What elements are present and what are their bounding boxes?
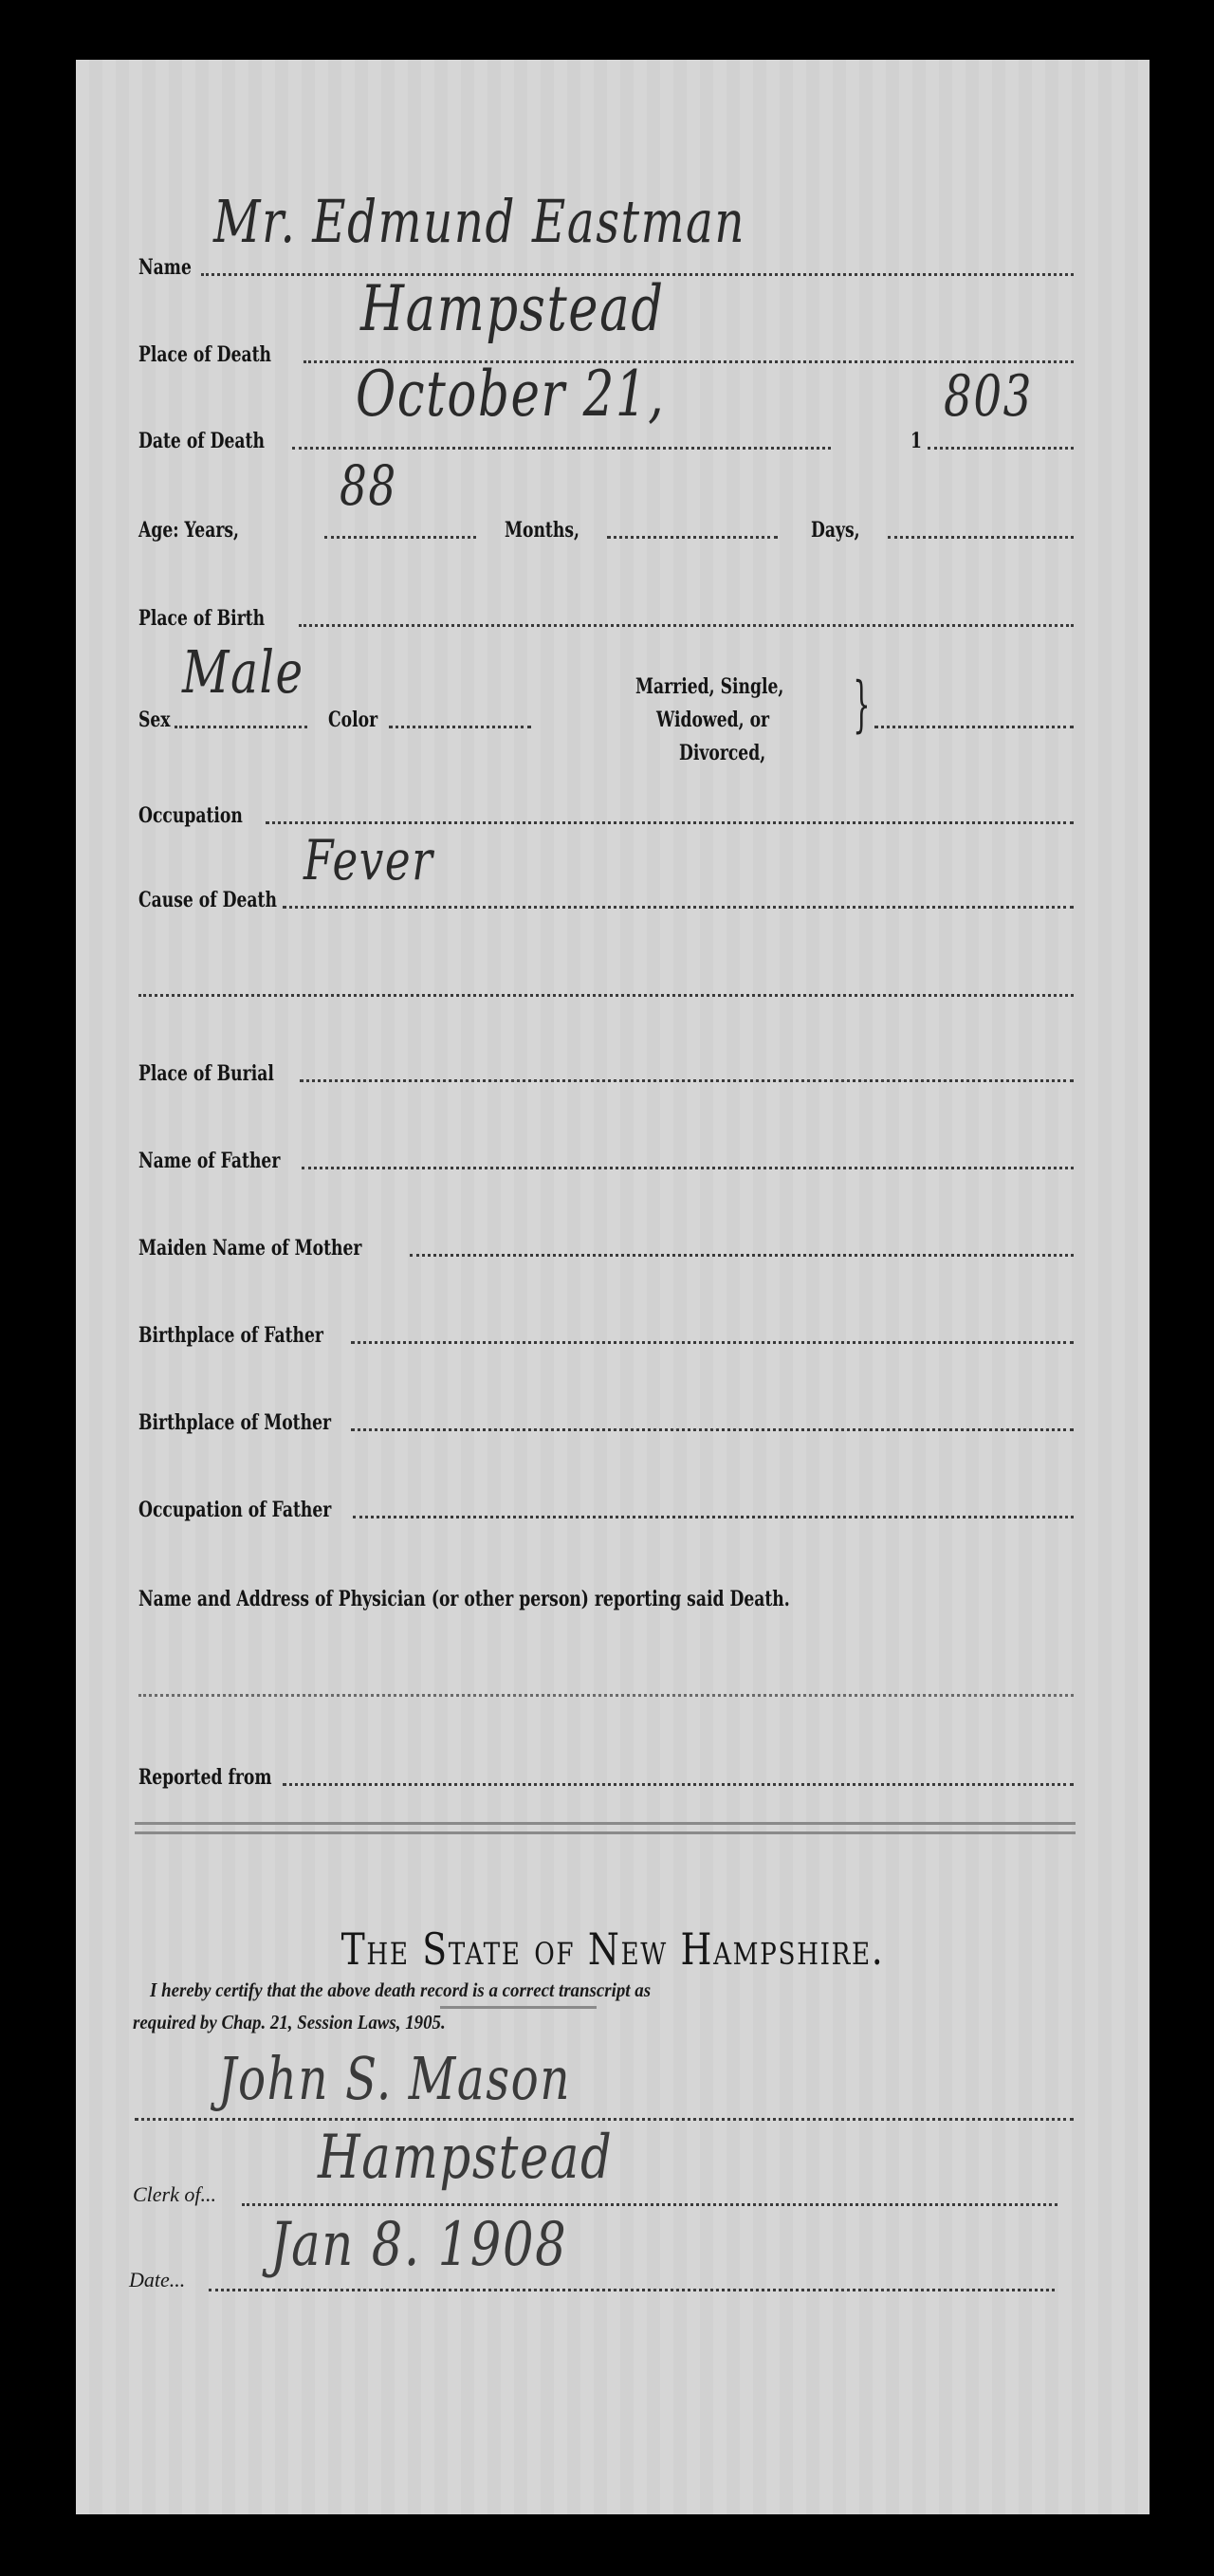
- state-title: The State of New Hampshire.: [173, 1923, 1053, 1975]
- clerk-of-label: Clerk of...: [133, 2184, 216, 2205]
- place-of-birth-label: Place of Birth: [138, 608, 265, 629]
- certification-statement-line1: I hereby certify that the above death re…: [150, 1980, 651, 2000]
- certification-statement-line2: required by Chap. 21, Session Laws, 1905…: [133, 2013, 446, 2033]
- marital-brace: }: [853, 674, 870, 735]
- color-label: Color: [328, 709, 377, 730]
- title-underline-rule: [440, 2006, 597, 2009]
- age-months-label: Months,: [505, 520, 579, 541]
- age-days-label: Days,: [811, 520, 860, 541]
- maiden-name-of-mother-field-line[interactable]: [410, 1254, 1074, 1257]
- place-of-birth-field-line[interactable]: [299, 624, 1074, 627]
- name-label: Name: [138, 257, 192, 278]
- occupation-label: Occupation: [138, 805, 243, 826]
- occupation-field-line[interactable]: [266, 821, 1074, 824]
- signature-field-line[interactable]: [135, 2118, 1074, 2121]
- physician-label: Name and Address of Physician (or other …: [138, 1589, 790, 1610]
- place-of-death-label: Place of Death: [138, 344, 271, 365]
- birthplace-of-father-label: Birthplace of Father: [138, 1325, 323, 1346]
- reported-from-label: Reported from: [138, 1767, 272, 1788]
- cause-of-death-label: Cause of Death: [138, 890, 277, 911]
- clerk-of-field-line[interactable]: [242, 2203, 1058, 2206]
- cause-of-death-field-line[interactable]: [283, 906, 1074, 909]
- occupation-of-father-field-line[interactable]: [353, 1516, 1074, 1518]
- sex-label: Sex: [138, 709, 171, 730]
- marital-label-line3: Divorced,: [679, 743, 765, 764]
- marital-label-line2: Widowed, or: [656, 709, 769, 730]
- sex-value: Male: [182, 643, 304, 702]
- date-of-death-label: Date of Death: [138, 431, 265, 451]
- date-of-death-field-line[interactable]: [292, 447, 831, 450]
- age-years-value: 88: [340, 458, 397, 513]
- place-of-death-value: Hampstead: [360, 278, 665, 340]
- death-record-card: Name Mr. Edmund Eastman Place of Death H…: [76, 60, 1150, 2514]
- clerk-of-value: Hampstead: [318, 2127, 613, 2188]
- maiden-name-of-mother-label: Maiden Name of Mother: [138, 1238, 361, 1259]
- age-months-field-line[interactable]: [607, 536, 778, 539]
- birthplace-of-mother-label: Birthplace of Mother: [138, 1412, 331, 1433]
- age-years-label: Age: Years,: [138, 520, 239, 541]
- birthplace-of-father-field-line[interactable]: [351, 1341, 1074, 1344]
- year-of-death-value: 803: [944, 368, 1033, 425]
- year-prefix-label: 1: [910, 431, 922, 451]
- name-of-father-field-line[interactable]: [302, 1167, 1074, 1169]
- marital-status-field-line[interactable]: [874, 726, 1074, 728]
- cause-of-death-continuation-line[interactable]: [138, 994, 1074, 997]
- reported-from-field-line[interactable]: [283, 1783, 1074, 1786]
- name-of-father-label: Name of Father: [138, 1150, 280, 1171]
- date-value: Jan 8. 1908: [270, 2215, 567, 2275]
- color-field-line[interactable]: [389, 726, 531, 728]
- physician-field-line[interactable]: [138, 1694, 1074, 1697]
- clerk-signature: John S. Mason: [218, 2050, 571, 2108]
- place-of-burial-label: Place of Burial: [138, 1063, 274, 1084]
- date-of-death-value: October 21,: [356, 363, 665, 426]
- age-years-field-line[interactable]: [324, 536, 476, 539]
- occupation-of-father-label: Occupation of Father: [138, 1500, 331, 1520]
- sex-field-line[interactable]: [175, 726, 307, 728]
- date-label: Date...: [129, 2270, 185, 2291]
- birthplace-of-mother-field-line[interactable]: [351, 1428, 1074, 1431]
- marital-label-line1: Married, Single,: [635, 676, 783, 697]
- name-value: Mr. Edmund Eastman: [213, 193, 745, 251]
- age-days-field-line[interactable]: [888, 536, 1074, 539]
- divider-rule-top: [135, 1822, 1076, 1825]
- cause-of-death-value: Fever: [303, 833, 433, 888]
- divider-rule-bottom: [135, 1831, 1076, 1834]
- place-of-burial-field-line[interactable]: [300, 1079, 1074, 1082]
- date-field-line[interactable]: [209, 2289, 1055, 2291]
- year-of-death-field-line[interactable]: [928, 447, 1074, 450]
